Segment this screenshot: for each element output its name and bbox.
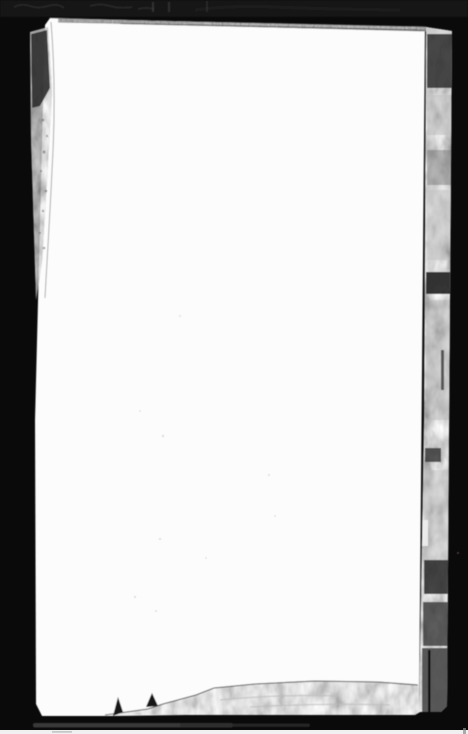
scanned-page-photo (0, 0, 468, 734)
margin-speck (457, 552, 459, 554)
page-sheet (35, 18, 425, 716)
scan-image (0, 0, 468, 734)
bottom-shadow-streak (33, 723, 310, 728)
top-texture-band (0, 0, 468, 17)
